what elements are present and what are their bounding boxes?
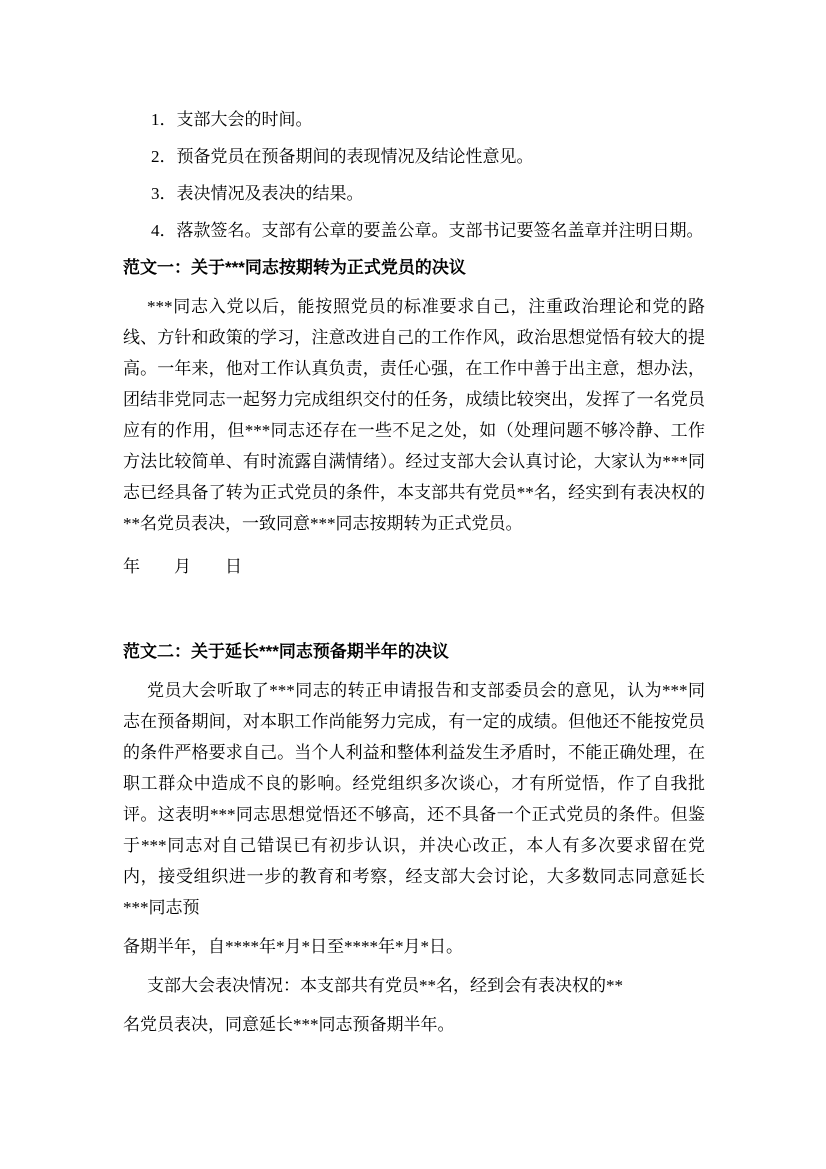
sample2-body-paragraph-1: 党员大会听取了***同志的转正申请报告和支部委员会的意见，认为***同志在预备期… — [123, 675, 705, 923]
sample1-heading: 范文一：关于***同志按期转为正式党员的决议 — [123, 252, 705, 283]
numbered-item-4: 4．落款签名。支部有公章的要盖公章。支部书记要签名盖章并注明日期。 — [123, 215, 705, 246]
numbered-item-1: 1．支部大会的时间。 — [123, 104, 705, 135]
document-page: 1．支部大会的时间。 2．预备党员在预备期间的表现情况及结论性意见。 3．表决情… — [0, 0, 826, 1169]
numbered-item-2: 2．预备党员在预备期间的表现情况及结论性意见。 — [123, 141, 705, 172]
sample2-heading: 范文二：关于延长***同志预备期半年的决议 — [123, 636, 705, 667]
sample1-date-line: 年 月 日 — [123, 551, 705, 582]
sample2-vote-line-1: 支部大会表决情况：本支部共有党员**名，经到会有表决权的** — [123, 970, 705, 1001]
sample2-vote-line-2: 名党员表决，同意延长***同志预备期半年。 — [123, 1009, 705, 1040]
sample2-body-paragraph-2: 备期半年，自****年*月*日至****年*月*日。 — [123, 931, 705, 962]
numbered-item-3: 3．表决情况及表决的结果。 — [123, 178, 705, 209]
sample1-body-paragraph: ***同志入党以后，能按照党员的标准要求自己，注重政治理论和党的路线、方针和政策… — [123, 291, 705, 539]
